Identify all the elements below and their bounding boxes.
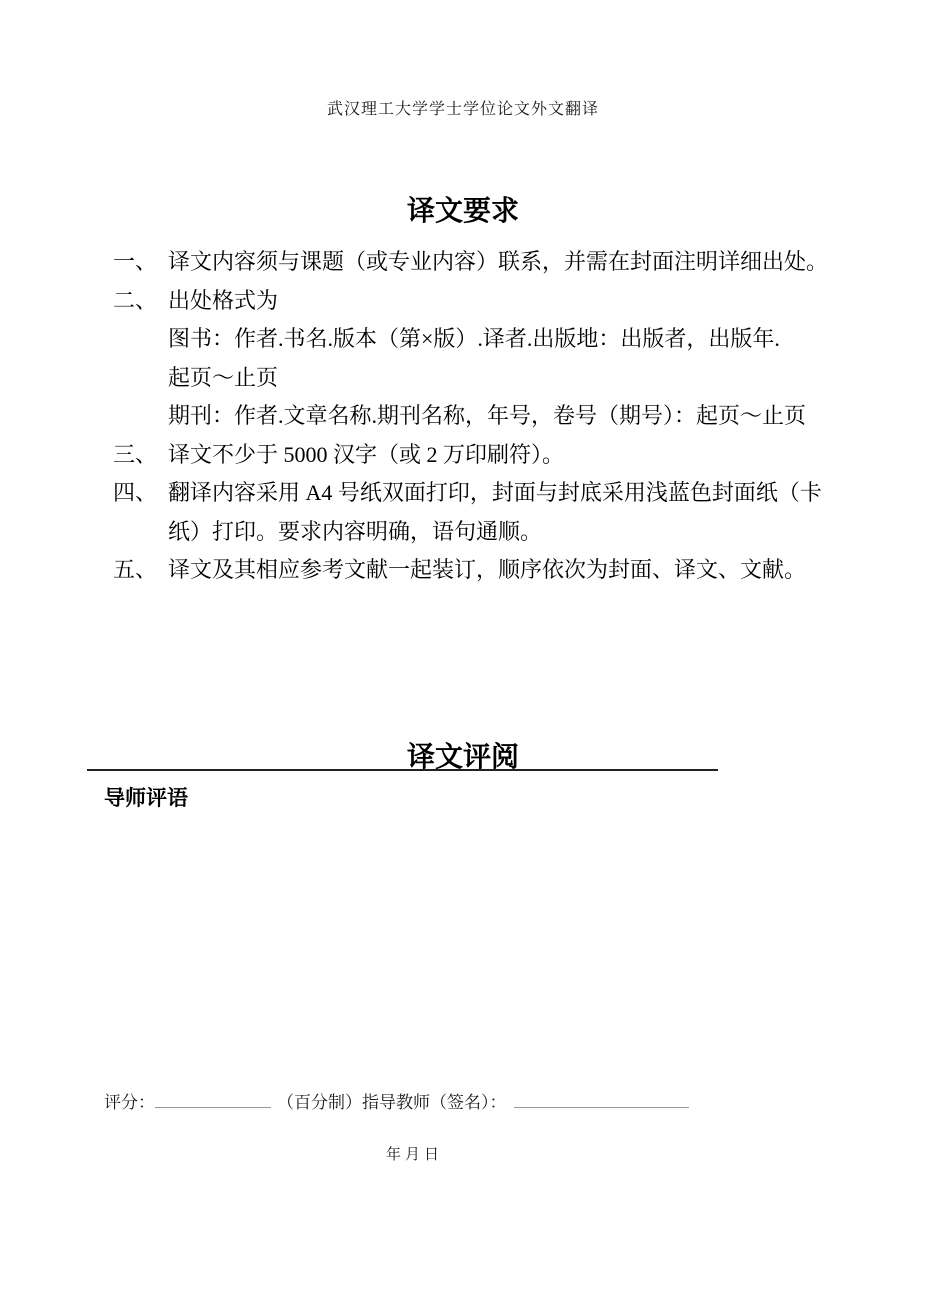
score-label: 评分： xyxy=(104,1093,155,1112)
list-item-line: 起页～止页 xyxy=(168,359,830,398)
signature-blank-line xyxy=(514,1089,689,1108)
list-item-marker: 五、 xyxy=(113,551,168,590)
list-item: 五、 译文及其相应参考文献一起装订，顺序依次为封面、译文、文献。 xyxy=(113,551,830,590)
section-title-requirements: 译文要求 xyxy=(0,189,926,229)
list-item-content: 出处格式为 图书：作者.书名.版本（第×版）.译者.出版地：出版者，出版年. 起… xyxy=(168,282,830,436)
list-item-content: 译文内容须与课题（或专业内容）联系，并需在封面注明详细出处。 xyxy=(168,243,830,282)
list-item-content: 翻译内容采用 A4 号纸双面打印，封面与封底采用浅蓝色封面纸（卡 纸）打印。要求… xyxy=(168,474,830,551)
list-item-marker: 四、 xyxy=(113,474,168,513)
date-label: 年月日 xyxy=(386,1143,443,1164)
list-item-line: 出处格式为 xyxy=(168,282,830,321)
list-item: 四、 翻译内容采用 A4 号纸双面打印，封面与封底采用浅蓝色封面纸（卡 纸）打印… xyxy=(113,474,830,551)
page-header: 武汉理工大学学士学位论文外文翻译 xyxy=(0,96,926,119)
score-blank-line xyxy=(155,1089,271,1108)
list-item: 二、 出处格式为 图书：作者.书名.版本（第×版）.译者.出版地：出版者，出版年… xyxy=(113,282,830,436)
score-row: 评分：（百分制）指导教师（签名）： xyxy=(104,1088,689,1113)
list-item-line: 译文及其相应参考文献一起装订，顺序依次为封面、译文、文献。 xyxy=(168,551,830,590)
requirements-list: 一、 译文内容须与课题（或专业内容）联系，并需在封面注明详细出处。 二、 出处格… xyxy=(113,243,830,590)
list-item: 三、 译文不少于 5000 汉字（或 2 万印刷符）。 xyxy=(113,436,830,475)
document-page: 武汉理工大学学士学位论文外文翻译 译文要求 一、 译文内容须与课题（或专业内容）… xyxy=(0,0,926,1309)
list-item-line: 译文不少于 5000 汉字（或 2 万印刷符）。 xyxy=(168,436,830,475)
list-item-content: 译文及其相应参考文献一起装订，顺序依次为封面、译文、文献。 xyxy=(168,551,830,590)
list-item-marker: 三、 xyxy=(113,436,168,475)
section-divider-line xyxy=(87,769,718,771)
list-item-marker: 一、 xyxy=(113,243,168,282)
scale-teacher-label: （百分制）指导教师（签名）： xyxy=(277,1093,507,1112)
list-item-line: 翻译内容采用 A4 号纸双面打印，封面与封底采用浅蓝色封面纸（卡 xyxy=(168,474,830,513)
list-item-line: 译文内容须与课题（或专业内容）联系，并需在封面注明详细出处。 xyxy=(168,243,830,282)
list-item-marker: 二、 xyxy=(113,282,168,321)
list-item-line: 图书：作者.书名.版本（第×版）.译者.出版地：出版者，出版年. xyxy=(168,320,830,359)
advisor-comments-label: 导师评语 xyxy=(104,782,188,812)
list-item-content: 译文不少于 5000 汉字（或 2 万印刷符）。 xyxy=(168,436,830,475)
list-item: 一、 译文内容须与课题（或专业内容）联系，并需在封面注明详细出处。 xyxy=(113,243,830,282)
list-item-line: 纸）打印。要求内容明确，语句通顺。 xyxy=(168,513,830,552)
list-item-line: 期刊：作者.文章名称.期刊名称，年号，卷号（期号）：起页～止页 xyxy=(168,397,830,436)
